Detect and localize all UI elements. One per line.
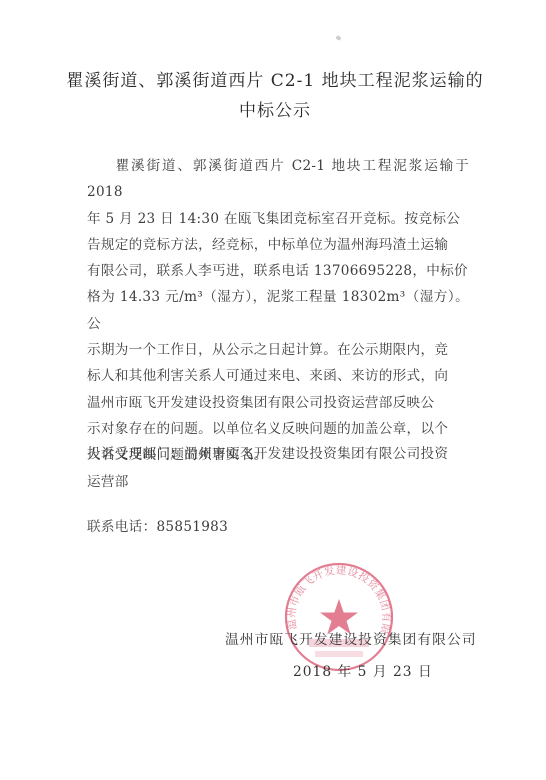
body-line: 温州市瓯飞开发建设投资集团有限公司投资运营部反映公 <box>87 390 469 416</box>
document-page: 瞿溪街道、郭溪街道西片 C2-1 地块工程泥浆运输的 中标公示 瞿溪街道、郭溪街… <box>0 0 546 780</box>
body-line: 格为 14.33 元/m³（湿方），泥浆工程量 18302m³（湿方）。公 <box>87 284 469 337</box>
complaint-label: 投诉受理部门： <box>87 446 184 462</box>
complaint-dept: 投诉受理部门：温州市瓯飞开发建设投资集团有限公司投资 <box>87 442 448 462</box>
contact-phone-line: 联系电话：85851983 <box>87 515 228 535</box>
body-line: 标人和其他利害关系人可通过来电、来函、来访的形式，向 <box>87 363 469 389</box>
body-line: 年 5 月 23 日 14:30 在瓯飞集团竞标室召开竞标。按竞标公 <box>87 206 469 232</box>
complaint-dept-name: 温州市瓯飞开发建设投资集团有限公司投资 <box>184 446 448 462</box>
body-line: 示期为一个工作日，从公示之日起计算。在公示期限内，竞 <box>87 337 469 363</box>
complaint-dept-line2: 运营部 <box>87 470 129 490</box>
body-line: 有限公司，联系人李丐进，联系电话 13706695228，中标价 <box>87 258 469 284</box>
signature-date: 2018 年 5 月 23 日 <box>293 660 433 680</box>
scan-speck <box>335 35 341 41</box>
body-line: 瞿溪街道、郭溪街道西片 C2-1 地块工程泥浆运输于 2018 <box>87 153 469 206</box>
svg-text:温州市瓯飞开发建设投资集团有限公司: 温州市瓯飞开发建设投资集团有限公司 <box>283 561 393 636</box>
official-seal-stamp: 温州市瓯飞开发建设投资集团有限公司 <box>283 561 395 673</box>
phone-number: 85851983 <box>156 519 228 535</box>
body-line: 告规定的竞标方法，经竞标，中标单位为温州海玛渣土运输 <box>87 232 469 258</box>
document-title-line1: 瞿溪街道、郭溪街道西片 C2-1 地块工程泥浆运输的 <box>60 66 490 91</box>
document-title-line2: 中标公示 <box>60 96 490 121</box>
body-line: 示对象存在的问题。以单位名义反映问题的加盖公章，以个 <box>87 416 469 442</box>
signature-organization: 温州市瓯飞开发建设投资集团有限公司 <box>225 628 477 648</box>
body-paragraph: 瞿溪街道、郭溪街道西片 C2-1 地块工程泥浆运输于 2018 年 5 月 23… <box>87 153 469 469</box>
phone-label: 联系电话： <box>87 519 156 535</box>
